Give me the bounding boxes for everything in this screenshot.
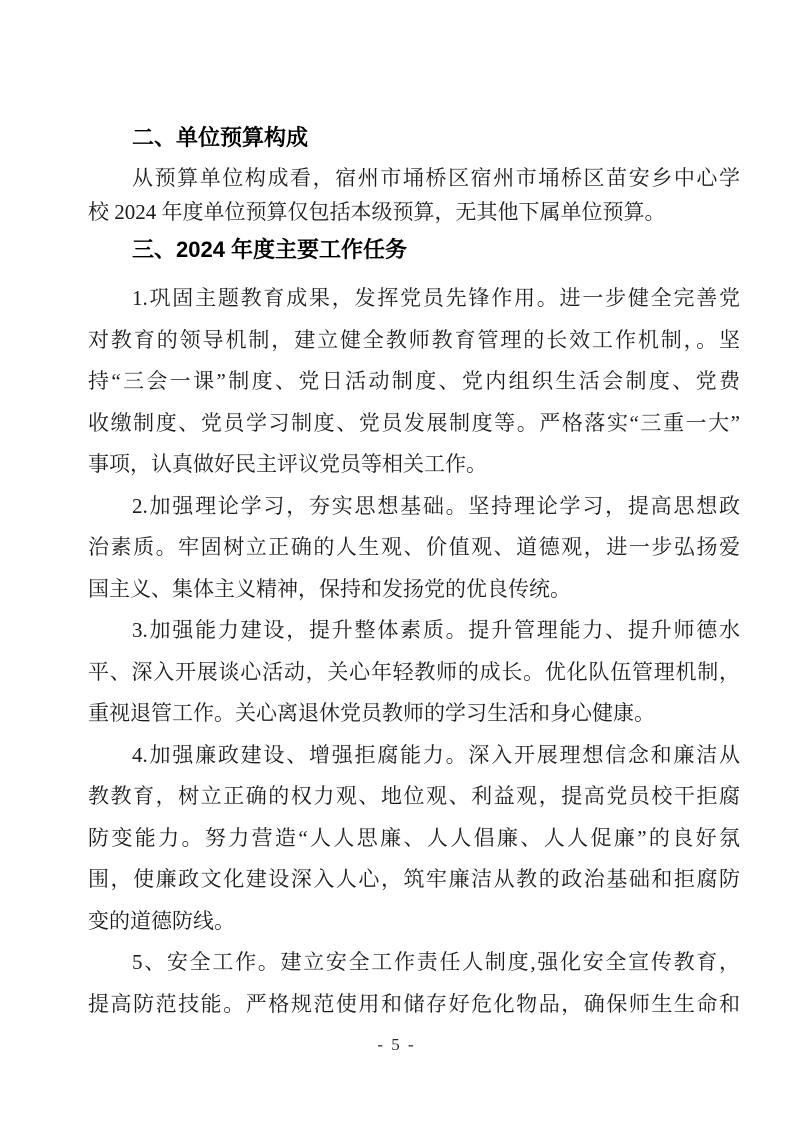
document-page: 二、单位预算构成 从预算单位构成看，宿州市埇桥区宿州市埇桥区苗安乡中心学 校 2…	[0, 0, 793, 1122]
text-line: 治素质。牢固树立正确的人生观、价值观、道德观，进一步弘扬爱	[88, 527, 740, 569]
text-line: 防变能力。努力营造“人人思廉、人人倡廉、人人促廉”的良好氛	[88, 818, 740, 860]
text-line: 围，使廉政文化建设深入人心，筑牢廉洁从教的政治基础和拒腐防	[88, 859, 740, 901]
paragraph-task-5: 5、安全工作。建立安全工作责任人制度,强化安全宣传教育， 提高防范技能。严格规范…	[88, 942, 740, 1025]
text-line: 提高防范技能。严格规范使用和储存好危化物品，确保师生生命和	[88, 984, 740, 1026]
paragraph-task-3: 3.加强能力建设，提升整体素质。提升管理能力、提升师德水 平、深入开展谈心活动，…	[88, 610, 740, 735]
document-content: 二、单位预算构成 从预算单位构成看，宿州市埇桥区宿州市埇桥区苗安乡中心学 校 2…	[88, 0, 740, 1025]
paragraph-task-2: 2.加强理论学习，夯实思想基础。坚持理论学习，提高思想政 治素质。牢固树立正确的…	[88, 486, 740, 611]
page-number: - 5 -	[0, 1034, 793, 1056]
text-line: 从预算单位构成看，宿州市埇桥区宿州市埇桥区苗安乡中心学	[88, 161, 740, 195]
text-line: 4.加强廉政建设、增强拒腐能力。深入开展理想信念和廉洁从	[88, 735, 740, 777]
heading-2024-main-tasks: 三、2024 年度主要工作任务	[88, 230, 740, 270]
paragraph-budget-scope: 从预算单位构成看，宿州市埇桥区宿州市埇桥区苗安乡中心学 校 2024 年度单位预…	[88, 161, 740, 229]
text-line: 5、安全工作。建立安全工作责任人制度,强化安全宣传教育，	[88, 942, 740, 984]
paragraph-task-4: 4.加强廉政建设、增强拒腐能力。深入开展理想信念和廉洁从 教教育，树立正确的权力…	[88, 735, 740, 943]
text-line: 平、深入开展谈心活动，关心年轻教师的成长。优化队伍管理机制，	[88, 652, 740, 694]
heading-unit-budget-composition: 二、单位预算构成	[88, 118, 740, 158]
text-line: 校 2024 年度单位预算仅包括本级预算，无其他下属单位预算。	[88, 195, 740, 229]
text-line: 重视退管工作。关心离退休党员教师的学习生活和身心健康。	[88, 693, 740, 735]
text-line: 教教育，树立正确的权力观、地位观、利益观，提高党员校干拒腐	[88, 776, 740, 818]
text-line: 3.加强能力建设，提升整体素质。提升管理能力、提升师德水	[88, 610, 740, 652]
text-line: 2.加强理论学习，夯实思想基础。坚持理论学习，提高思想政	[88, 486, 740, 528]
paragraph-task-1: 1.巩固主题教育成果，发挥党员先锋作用。进一步健全完善党 对教育的领导机制，建立…	[88, 278, 740, 486]
text-line: 持“三会一课”制度、党日活动制度、党内组织生活会制度、党费	[88, 361, 740, 403]
text-line: 国主义、集体主义精神，保持和发扬党的优良传统。	[88, 569, 740, 611]
text-line: 1.巩固主题教育成果，发挥党员先锋作用。进一步健全完善党	[88, 278, 740, 320]
text-line: 对教育的领导机制，建立健全教师教育管理的长效工作机制，。坚	[88, 320, 740, 362]
text-line: 收缴制度、党员学习制度、党员发展制度等。严格落实“三重一大”	[88, 403, 740, 445]
text-line: 变的道德防线。	[88, 901, 740, 943]
text-line: 事项，认真做好民主评议党员等相关工作。	[88, 444, 740, 486]
